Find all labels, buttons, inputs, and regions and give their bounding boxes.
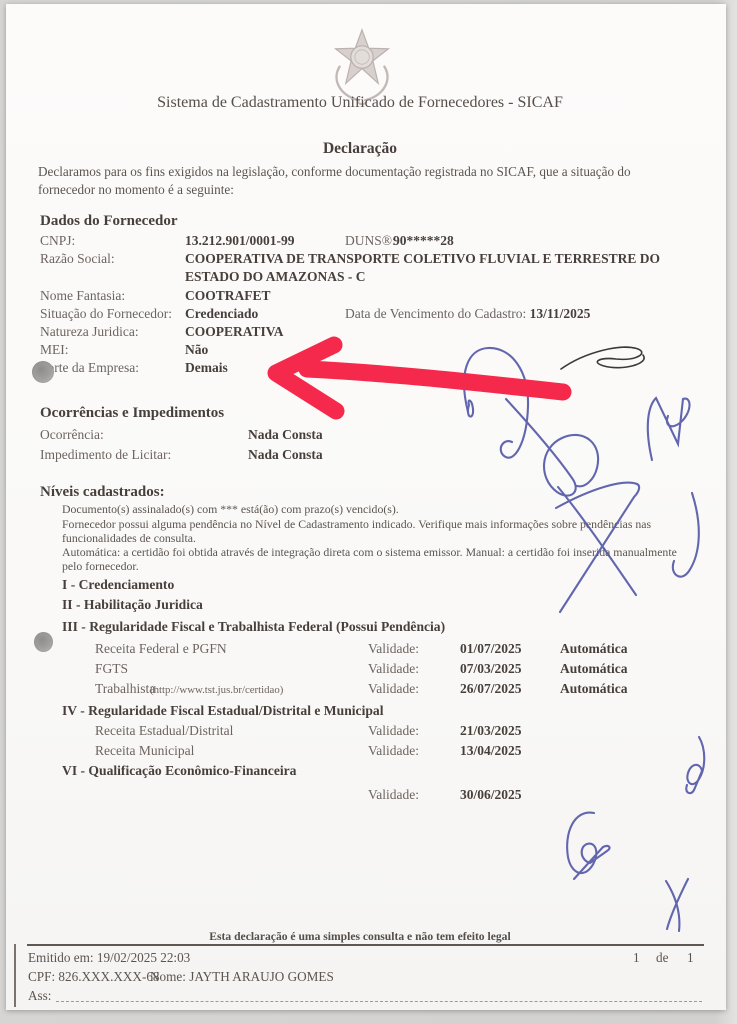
doc-name: Trabalhista: [95, 681, 150, 697]
scanned-document-page: Sistema de Cadastramento Unificado de Fo…: [0, 0, 737, 1024]
row-razao-social: Razão Social:COOPERATIVA DE TRANSPORTE C…: [40, 251, 660, 267]
ocorrencia-value: Nada Consta: [248, 427, 323, 442]
row-cnpj: CNPJ:13.212.901/0001-99DUNS®:90*****28: [40, 233, 454, 249]
emitted-at: Emitido em: 19/02/2025 22:03: [28, 950, 190, 966]
footer-divider: [27, 944, 704, 946]
disclaimer: Esta declaração é uma simples consulta e…: [30, 930, 690, 943]
duns-value: 90*****28: [393, 233, 454, 248]
row-mei: MEI:Não: [40, 342, 208, 358]
section-dados-fornecedor: Dados do Fornecedor: [40, 213, 178, 230]
page-of: de: [656, 950, 668, 966]
emblem-circle: [351, 46, 373, 68]
document-title: Declaração: [30, 140, 690, 158]
nome-fantasia-label: Nome Fantasia:: [40, 288, 185, 304]
cnpj-label: CNPJ:: [40, 233, 185, 249]
assinatura-label: Ass:: [28, 988, 51, 1004]
validade-date: 26/07/2025: [460, 681, 560, 697]
page-current: 1: [633, 950, 640, 966]
impedimento-value: Nada Consta: [248, 447, 323, 462]
validade-date: 21/03/2025: [460, 723, 522, 738]
intro-line-1: Declaramos para os fins exigidos na legi…: [38, 164, 631, 180]
validade-label: Validade:: [368, 641, 460, 657]
doc-name: FGTS: [95, 661, 368, 677]
nota-vencidos: Documento(s) assinalado(s) com *** está(…: [62, 503, 680, 517]
nota-automatica: Automática: a certidão foi obtida atravé…: [62, 546, 680, 574]
validade-date: 01/07/2025: [460, 641, 560, 657]
row-receita-municipal: Receita MunicipalValidade:13/04/2025: [95, 743, 522, 759]
section-ocorrencias: Ocorrências e Impedimentos: [40, 405, 224, 422]
nivel-4: IV - Regularidade Fiscal Estadual/Distri…: [62, 703, 383, 719]
mei-label: MEI:: [40, 342, 185, 358]
razao-social-line1: COOPERATIVA DE TRANSPORTE COLETIVO FLUVI…: [185, 251, 660, 266]
validade-date: 13/04/2025: [460, 743, 522, 758]
situacao-label: Situação do Fornecedor:: [40, 306, 185, 322]
intro-line-2: fornecedor no momento é a seguinte:: [38, 182, 234, 198]
nivel-1: I - Credenciamento: [62, 577, 174, 593]
validade-label: Validade:: [368, 681, 460, 697]
hole-punch-top: [32, 361, 54, 383]
vencimento-value: 13/11/2025: [530, 306, 591, 321]
ocorrencia-label: Ocorrência:: [40, 427, 248, 443]
origem: Automática: [560, 661, 628, 676]
hole-punch-bottom: [34, 632, 53, 652]
row-trabalhista: Trabalhista(http://www.tst.jus.br/certid…: [95, 681, 628, 697]
vencimento-label: Data de Vencimento do Cadastro:: [345, 306, 526, 321]
section-niveis: Níveis cadastrados:: [40, 484, 165, 501]
nivel-2: II - Habilitação Juridica: [62, 597, 203, 613]
validade-date: 30/06/2025: [460, 787, 522, 802]
validade-label: Validade:: [368, 787, 460, 803]
porte-label: Porte da Empresa:: [40, 360, 185, 376]
natureza-label: Natureza Juridica:: [40, 324, 185, 340]
footer-left-border: [14, 944, 16, 1007]
doc-name: Receita Municipal: [95, 743, 368, 759]
row-nome-fantasia: Nome Fantasia:COOTRAFET: [40, 288, 271, 304]
validade-label: Validade:: [368, 661, 460, 677]
row-receita-federal: Receita Federal e PGFNValidade:01/07/202…: [95, 641, 628, 657]
row-natureza: Natureza Juridica:COOPERATIVA: [40, 324, 284, 340]
signature-line: [56, 988, 702, 1002]
row-fgts: FGTSValidade:07/03/2025Automática: [95, 661, 628, 677]
cpf: CPF: 826.XXX.XXX-68: [28, 969, 160, 985]
origem: Automática: [560, 641, 628, 656]
doc-url: (http://www.tst.jus.br/certidao): [150, 684, 368, 696]
validade-label: Validade:: [368, 743, 460, 759]
page-total: 1: [687, 950, 694, 966]
nome: Nome: JAYTH ARAUJO GOMES: [150, 969, 334, 985]
doc-name: Receita Federal e PGFN: [95, 641, 368, 657]
porte-value: Demais: [185, 360, 228, 375]
nivel-3: III - Regularidade Fiscal e Trabalhista …: [62, 619, 445, 635]
nome-fantasia-value: COOTRAFET: [185, 288, 271, 303]
row-qualificacao: Validade:30/06/2025: [95, 787, 522, 803]
cnpj-value: 13.212.901/0001-99: [185, 233, 345, 249]
mei-value: Não: [185, 342, 208, 357]
nivel-6: VI - Qualificação Econômico-Financeira: [62, 763, 296, 779]
origem: Automática: [560, 681, 628, 696]
duns-label: DUNS®:: [345, 233, 393, 249]
system-title: Sistema de Cadastramento Unificado de Fo…: [30, 94, 690, 112]
row-ocorrencia: Ocorrência:Nada Consta: [40, 427, 323, 443]
row-situacao: Situação do Fornecedor:CredenciadoData d…: [40, 306, 590, 322]
row-impedimento: Impedimento de Licitar:Nada Consta: [40, 447, 323, 463]
razao-social-label: Razão Social:: [40, 251, 185, 267]
impedimento-label: Impedimento de Licitar:: [40, 447, 248, 463]
row-receita-estadual: Receita Estadual/DistritalValidade:21/03…: [95, 723, 522, 739]
validade-label: Validade:: [368, 723, 460, 739]
razao-social-line2: ESTADO DO AMAZONAS - C: [185, 269, 366, 285]
situacao-value: Credenciado: [185, 306, 345, 322]
doc-name: Receita Estadual/Distrital: [95, 723, 368, 739]
natureza-value: COOPERATIVA: [185, 324, 284, 339]
row-porte: Porte da Empresa:Demais: [40, 360, 228, 376]
validade-date: 07/03/2025: [460, 661, 560, 677]
nota-pendencia: Fornecedor possui alguma pendência no Ní…: [62, 518, 680, 546]
